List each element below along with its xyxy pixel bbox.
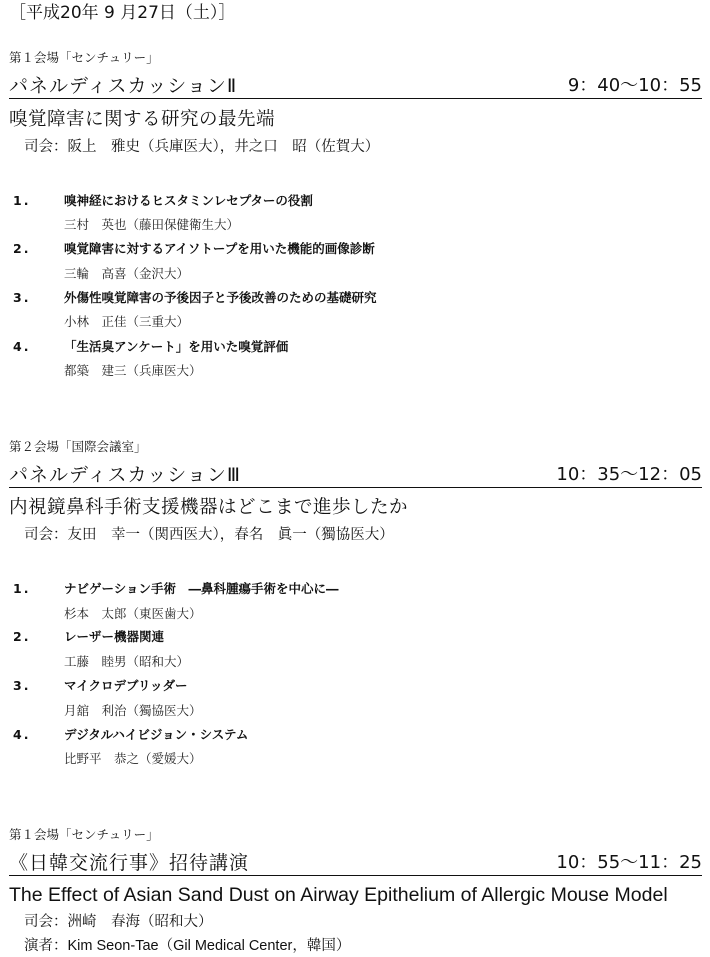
session-time: 9：40〜10：55 <box>568 75 702 97</box>
item-speaker: 三輪 高喜（金沢大） <box>64 265 189 283</box>
session-subtitle: 嗅覚障害に関する研究の最先端 <box>9 108 275 132</box>
venue-label: 第１会場「センチュリー」 <box>9 827 159 843</box>
venue-label: 第１会場「センチュリー」 <box>9 50 159 66</box>
item-title: 「生活臭アンケート」を用いた嗅覚評価 <box>64 338 288 356</box>
item-number: 4. <box>13 338 30 356</box>
item-title: マイクロデブリッダー <box>64 677 188 695</box>
session-time: 10：55〜11：25 <box>556 852 702 874</box>
session-subtitle: 内視鏡鼻科手術支援機器はどこまで進歩したか <box>9 496 408 520</box>
item-number: 2. <box>13 628 30 646</box>
session-moderator: 司会：友田 幸一（関西医大），春名 眞一（獨協医大） <box>24 525 394 545</box>
item-speaker: 杉本 太郎（東医歯大） <box>64 605 202 623</box>
item-number: 1. <box>13 580 30 598</box>
item-speaker: 比野平 恭之（愛媛大） <box>64 750 202 768</box>
session-header: パネルディスカッションⅡ 9：40〜10：55 <box>9 74 702 99</box>
item-number: 2. <box>13 240 30 258</box>
session-title: パネルディスカッションⅡ <box>9 75 237 97</box>
session-moderator: 司会：阪上 雅史（兵庫医大），井之口 昭（佐賀大） <box>24 137 379 157</box>
item-number: 3. <box>13 289 30 307</box>
presenter-label: 演者： <box>24 938 68 954</box>
item-speaker: 三村 英也（藤田保健衛生大） <box>64 216 239 234</box>
item-speaker: 小林 正佳（三重大） <box>64 313 189 331</box>
item-speaker: 月舘 利治（獨協医大） <box>64 702 202 720</box>
item-title: レーザー機器関連 <box>64 628 164 646</box>
item-number: 3. <box>13 677 30 695</box>
session-title: パネルディスカッションⅢ <box>9 464 241 486</box>
lecture-title: The Effect of Asian Sand Dust on Airway … <box>9 883 668 907</box>
program-date: ［平成20年 9 月27日（土）］ <box>9 2 235 24</box>
session-moderator: 司会：洲崎 春海（昭和大） <box>24 912 213 932</box>
item-title: デジタルハイビジョン・システム <box>64 726 248 744</box>
session-time: 10：35〜12：05 <box>556 464 702 486</box>
item-number: 1. <box>13 192 30 210</box>
session-header: 《日韓交流行事》招待講演 10：55〜11：25 <box>9 851 702 876</box>
presenter-name: Kim Seon-Tae（Gil Medical Center，韓国） <box>68 938 351 954</box>
item-speaker: 工藤 睦男（昭和大） <box>64 653 189 671</box>
item-title: 外傷性嗅覚障害の予後因子と予後改善のための基礎研究 <box>64 289 377 307</box>
item-title: ナビゲーション手術 ―鼻科腫瘍手術を中心に― <box>64 580 339 598</box>
item-title: 嗅神経におけるヒスタミンレセプターの役割 <box>64 192 313 210</box>
session-title: 《日韓交流行事》招待講演 <box>9 852 249 874</box>
session-presenter: 演者：Kim Seon-Tae（Gil Medical Center，韓国） <box>24 936 350 956</box>
venue-label: 第２会場「国際会議室」 <box>9 439 147 455</box>
item-title: 嗅覚障害に対するアイソトープを用いた機能的画像診断 <box>64 240 375 258</box>
item-speaker: 都築 建三（兵庫医大） <box>64 362 202 380</box>
item-number: 4. <box>13 726 30 744</box>
session-header: パネルディスカッションⅢ 10：35〜12：05 <box>9 463 702 488</box>
